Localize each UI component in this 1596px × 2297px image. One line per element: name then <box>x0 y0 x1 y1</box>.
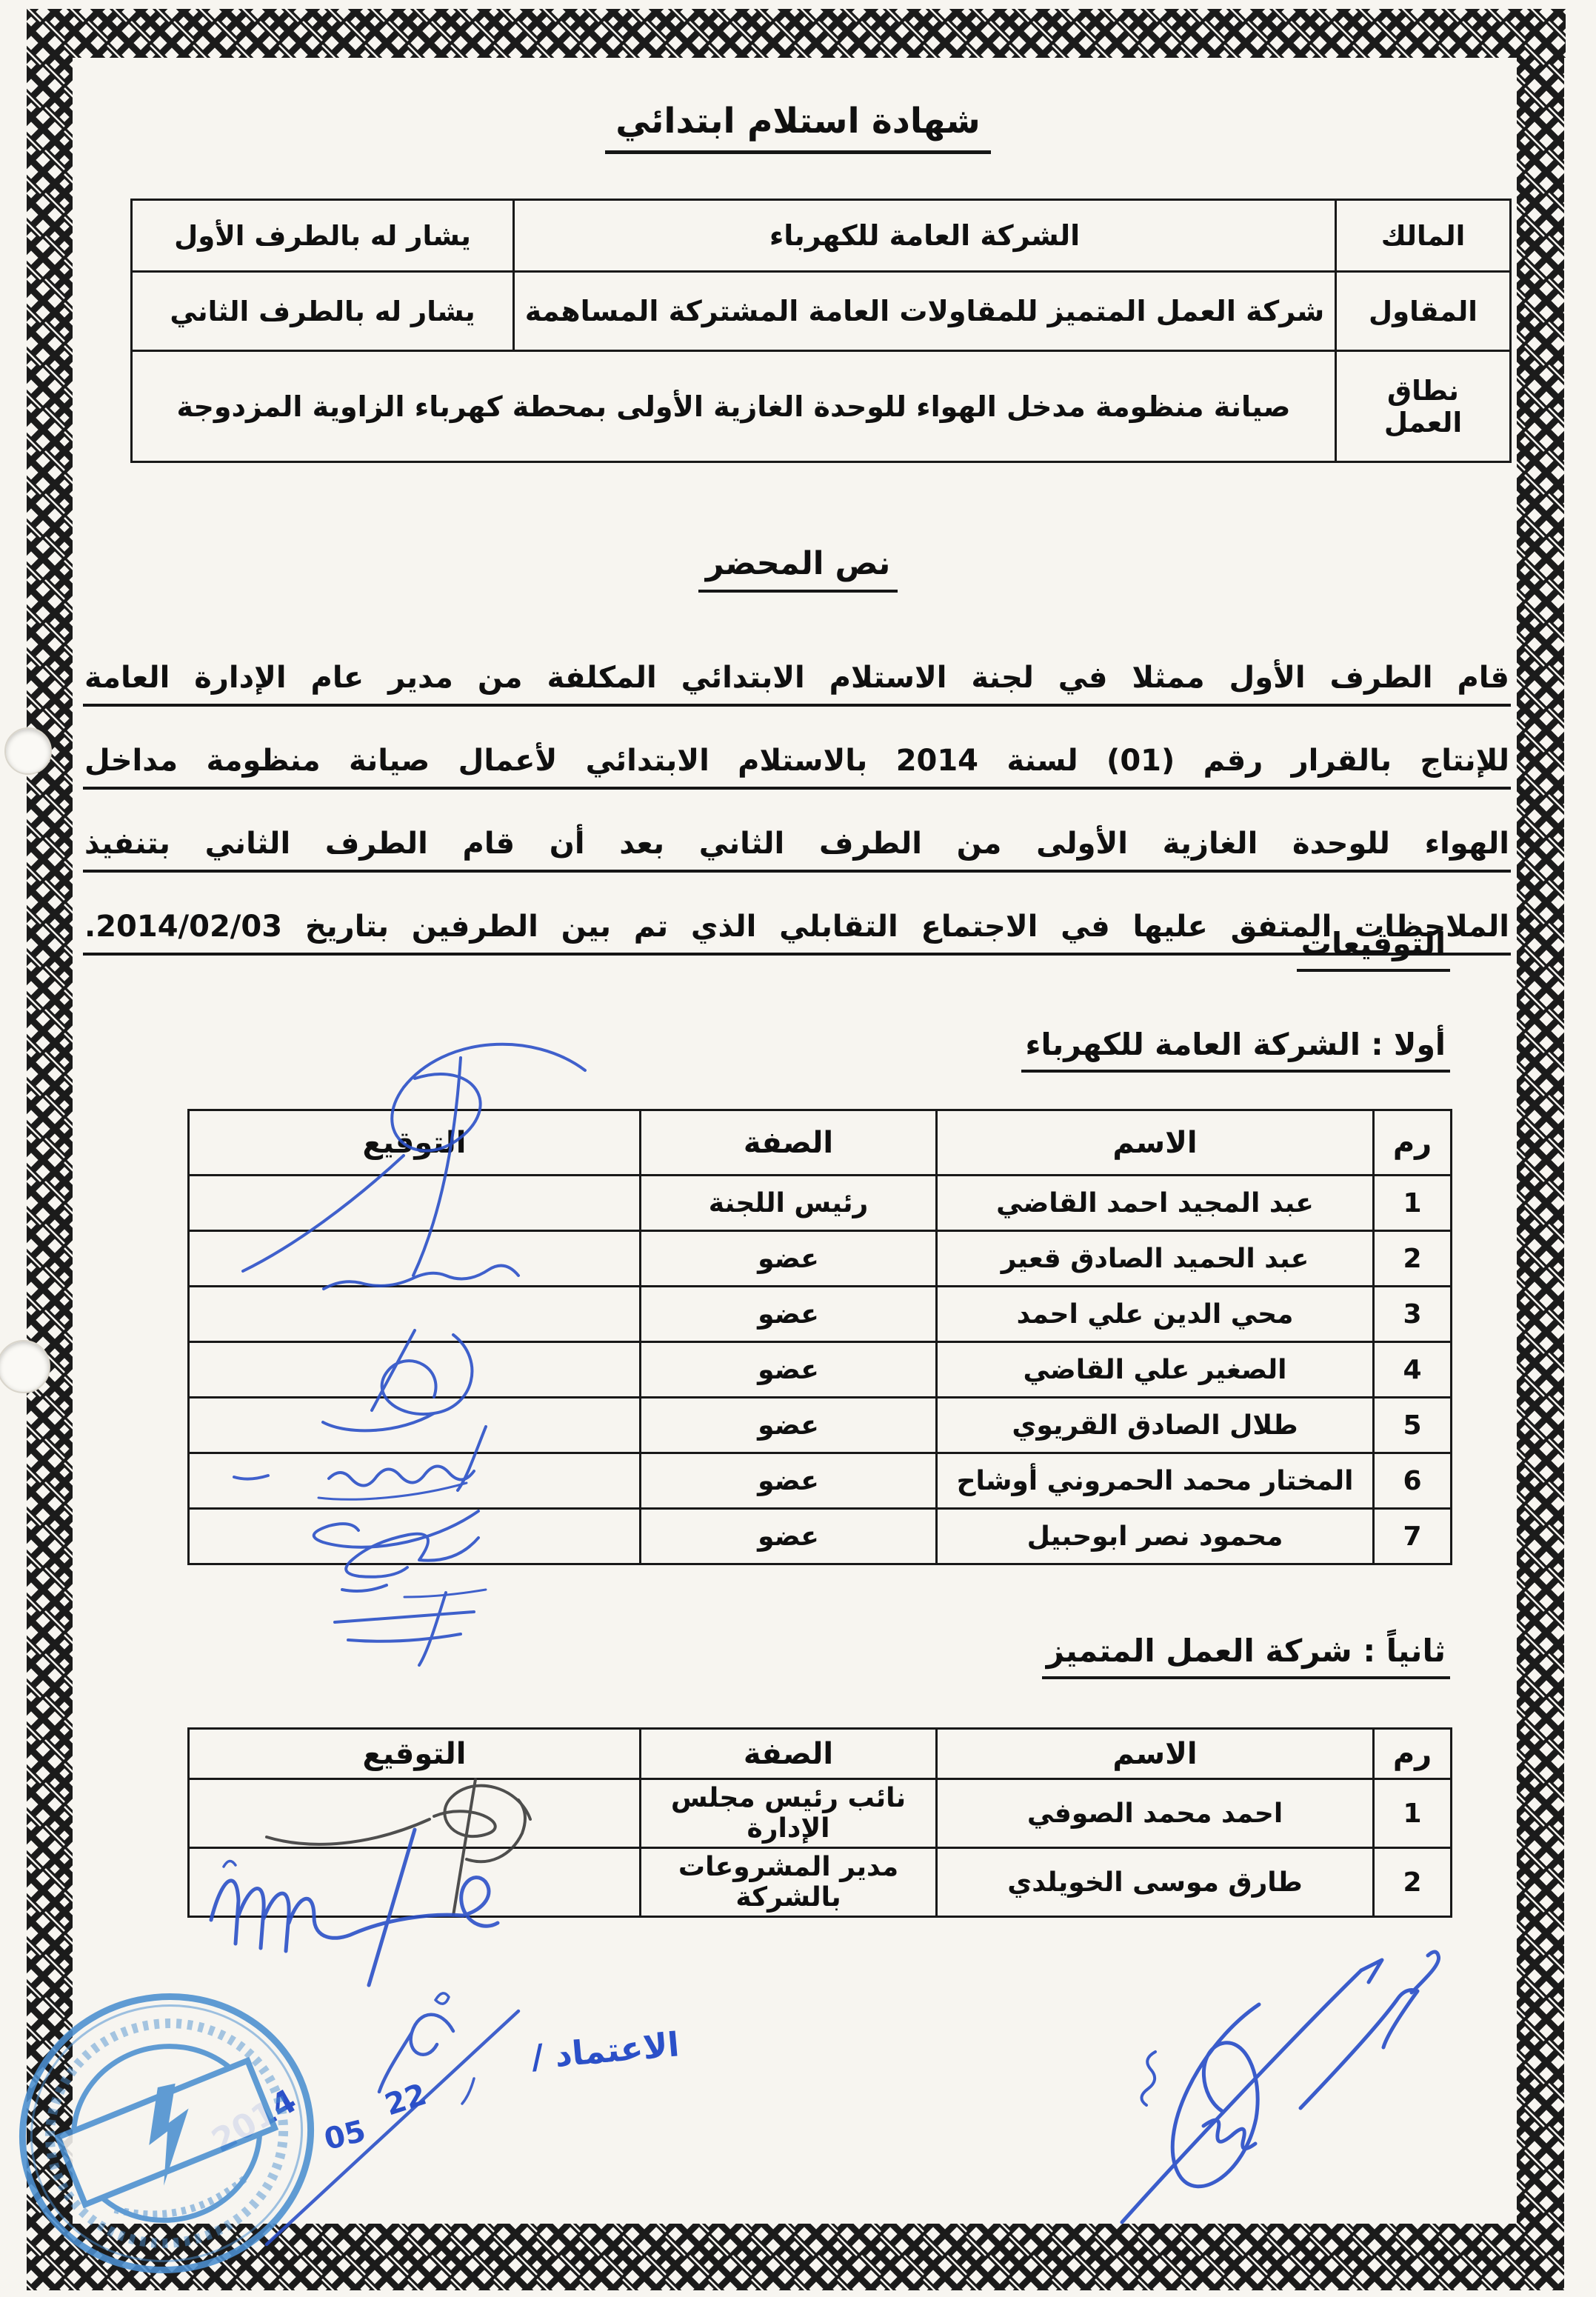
signatures-heading: التوقيعات <box>1297 926 1450 972</box>
member-role: عضو <box>641 1509 937 1564</box>
col-name: الاسم <box>937 1729 1374 1779</box>
contractor-note: يشار له بالطرف الثاني <box>132 272 514 351</box>
section2-title-text: ثانياً : شركة العمل المتميز <box>1042 1633 1450 1679</box>
col-role: الصفة <box>641 1729 937 1779</box>
member-role: عضو <box>641 1231 937 1287</box>
member-role: عضو <box>641 1398 937 1453</box>
table-row: 1 عبد المجيد احمد القاضي رئيس اللجنة <box>189 1176 1452 1231</box>
row-number: 1 <box>1374 1779 1452 1848</box>
minutes-line: للإنتاج بالقرار رقم (01) لسنة 2014 بالاس… <box>83 707 1511 790</box>
scanned-certificate-page: شهادة استلام ابتدائي المالك الشركة العام… <box>0 0 1596 2297</box>
table-header-row: رم الاسم الصفة التوقيع <box>189 1729 1452 1779</box>
row-number: 2 <box>1374 1848 1452 1917</box>
col-signature: التوقيع <box>189 1729 641 1779</box>
member-name: احمد محمد الصوفي <box>937 1779 1374 1848</box>
member-name: طلال الصادق القريوي <box>937 1398 1374 1453</box>
approval-day: 22 <box>381 2078 430 2123</box>
signature-cell <box>189 1287 641 1342</box>
approval-month: 05 <box>321 2114 369 2157</box>
bottom-right-signature-scribble <box>1122 1952 1439 2222</box>
company-stamp <box>0 1970 336 2296</box>
member-name: عبد المجيد احمد القاضي <box>937 1176 1374 1231</box>
member-name: الصغير علي القاضي <box>937 1342 1374 1398</box>
punch-hole <box>0 1340 50 1393</box>
border-top <box>55 9 1566 58</box>
signature-cell <box>189 1176 641 1231</box>
stamp-lightning-bolt-icon <box>129 2080 212 2186</box>
section2-title: ثانياً : شركة العمل المتميز <box>1042 1633 1450 1679</box>
contractor-value: شركة العمل المتميز للمقاولات العامة المش… <box>514 272 1336 351</box>
border-left <box>27 9 73 2249</box>
section1-title-text: أولا : الشركة العامة للكهرباء <box>1021 1027 1450 1073</box>
signature-cell <box>189 1342 641 1398</box>
member-role: نائب رئيس مجلس الإدارة <box>641 1779 937 1848</box>
parties-info-table: المالك الشركة العامة للكهرباء يشار له با… <box>130 199 1512 463</box>
approval-note-text: الاعتماد / <box>530 2024 681 2076</box>
table-row: 6 المختار محمد الحمروني أوشاح عضو <box>189 1453 1452 1509</box>
scope-value: صيانة منظومة مدخل الهواء للوحدة الغازية … <box>132 351 1336 462</box>
table-row: 2 طارق موسى الخويلدي مدير المشروعات بالش… <box>189 1848 1452 1917</box>
committee-signature-table: رم الاسم الصفة التوقيع 1 عبد المجيد احمد… <box>187 1109 1452 1565</box>
punch-hole <box>4 727 52 775</box>
owner-value: الشركة العامة للكهرباء <box>514 200 1336 272</box>
owner-note: يشار له بالطرف الأول <box>132 200 514 272</box>
member-name: محي الدين علي احمد <box>937 1287 1374 1342</box>
owner-label: المالك <box>1336 200 1511 272</box>
col-number: رم <box>1374 1729 1452 1779</box>
row-number: 6 <box>1374 1453 1452 1509</box>
table-row: 7 محمود نصر ابوحبيل عضو <box>189 1509 1452 1564</box>
scope-label: نطاق العمل <box>1336 351 1511 462</box>
member-name: عبد الحميد الصادق قعير <box>937 1231 1374 1287</box>
member-name: المختار محمد الحمروني أوشاح <box>937 1453 1374 1509</box>
member-role: عضو <box>641 1342 937 1398</box>
signature-cell <box>189 1398 641 1453</box>
member-role: عضو <box>641 1287 937 1342</box>
signature-cell <box>189 1848 641 1917</box>
page-title: شهادة استلام ابتدائي <box>0 101 1596 154</box>
signature-cell <box>189 1231 641 1287</box>
signatures-heading-text: التوقيعات <box>1297 926 1450 972</box>
member-role: مدير المشروعات بالشركة <box>641 1848 937 1917</box>
table-row: نطاق العمل صيانة منظومة مدخل الهواء للوح… <box>132 351 1511 462</box>
col-name: الاسم <box>937 1110 1374 1176</box>
table-row: المالك الشركة العامة للكهرباء يشار له با… <box>132 200 1511 272</box>
approval-year: 2014 <box>205 2082 303 2160</box>
table-row: 4 الصغير علي القاضي عضو <box>189 1342 1452 1398</box>
table-row: 1 احمد محمد الصوفي نائب رئيس مجلس الإدار… <box>189 1779 1452 1848</box>
member-role: عضو <box>641 1453 937 1509</box>
col-signature: التوقيع <box>189 1110 641 1176</box>
signature-cell <box>189 1779 641 1848</box>
border-right <box>1517 9 1564 2290</box>
col-role: الصفة <box>641 1110 937 1176</box>
table-row: 5 طلال الصادق القريوي عضو <box>189 1398 1452 1453</box>
signature-cell <box>189 1453 641 1509</box>
row-number: 7 <box>1374 1509 1452 1564</box>
minutes-line: الهواء للوحدة الغازية الأولى من الطرف ال… <box>83 790 1511 873</box>
border-bottom <box>27 2224 1564 2290</box>
minutes-heading: نص المحضر <box>0 545 1596 593</box>
row-number: 1 <box>1374 1176 1452 1231</box>
contractor-label: المقاول <box>1336 272 1511 351</box>
row-number: 3 <box>1374 1287 1452 1342</box>
table-row: المقاول شركة العمل المتميز للمقاولات الع… <box>132 272 1511 351</box>
minutes-paragraph: قام الطرف الأول ممثلا في لجنة الاستلام ا… <box>83 624 1511 956</box>
row-number: 2 <box>1374 1231 1452 1287</box>
member-role: رئيس اللجنة <box>641 1176 937 1231</box>
contractor-signature-table: رم الاسم الصفة التوقيع 1 احمد محمد الصوف… <box>187 1727 1452 1918</box>
table-row: 3 محي الدين علي احمد عضو <box>189 1287 1452 1342</box>
member-name: طارق موسى الخويلدي <box>937 1848 1374 1917</box>
page-title-text: شهادة استلام ابتدائي <box>605 101 991 154</box>
row-number: 4 <box>1374 1342 1452 1398</box>
minutes-heading-text: نص المحضر <box>698 545 898 593</box>
minutes-line: قام الطرف الأول ممثلا في لجنة الاستلام ا… <box>83 624 1511 707</box>
section1-title: أولا : الشركة العامة للكهرباء <box>1021 1027 1450 1073</box>
table-row: 2 عبد الحميد الصادق قعير عضو <box>189 1231 1452 1287</box>
col-number: رم <box>1374 1110 1452 1176</box>
row-number: 5 <box>1374 1398 1452 1453</box>
signature-cell <box>189 1509 641 1564</box>
member-name: محمود نصر ابوحبيل <box>937 1509 1374 1564</box>
table-header-row: رم الاسم الصفة التوقيع <box>189 1110 1452 1176</box>
